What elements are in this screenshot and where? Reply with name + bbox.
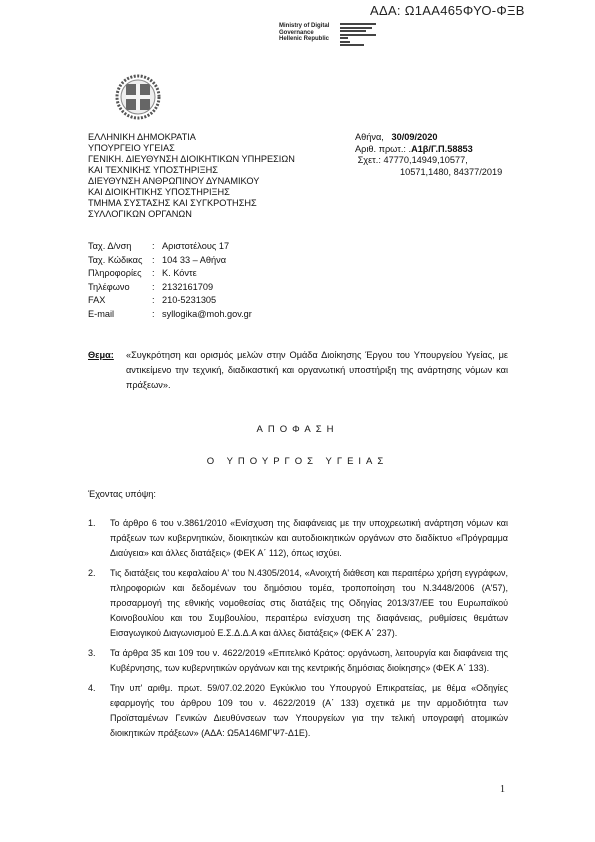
contact-label: Πληροφορίες [88, 267, 152, 281]
contact-sep: : [152, 281, 162, 295]
contact-row: FAX:210-5231305 [88, 294, 252, 308]
place-label: Αθήνα, [355, 132, 384, 142]
contact-value: 104 33 – Αθήνα [162, 254, 226, 268]
authority-line: ΤΜΗΜΑ ΣΥΣΤΑΣΗΣ ΚΑΙ ΣΥΓΚΡΟΤΗΣΗΣ [88, 198, 295, 209]
protocol-row: Αριθ. πρωτ.: .Α1β/Γ.Π.58853 [355, 144, 502, 156]
subject-label: Θεμα: [88, 348, 126, 393]
contact-sep: : [152, 240, 162, 254]
item-text: Τις διατάξεις του κεφαλαίου Α' του Ν.430… [110, 566, 508, 641]
contact-value: Αριστοτέλους 17 [162, 240, 229, 254]
contact-sep: : [152, 267, 162, 281]
contact-label: FAX [88, 294, 152, 308]
related-row: Σχετ.: 47770,14949,10577, [355, 155, 502, 167]
protocol-label: Αριθ. πρωτ.: . [355, 144, 411, 154]
contact-label: Ταχ. Κώδικας [88, 254, 152, 268]
item-text: Τα άρθρα 35 και 109 του ν. 4622/2019 «Επ… [110, 646, 508, 676]
authority-line: ΣΥΛΛΟΓΙΚΩΝ ΟΡΓΑΝΩΝ [88, 209, 295, 220]
decision-title: ΑΠΟΦΑΣΗ [0, 424, 595, 435]
contact-label: E-mail [88, 308, 152, 322]
minister-title: Ο ΥΠΟΥΡΓΟΣ ΥΓΕΙΑΣ [0, 456, 595, 467]
authority-line: ΕΛΛΗΝΙΚΗ ΔΗΜΟΚΡΑΤΙΑ [88, 132, 295, 143]
authority-line: ΔΙΕΥΘΥΝΣΗ ΑΝΘΡΩΠΙΝΟΥ ΔΥΝΑΜΙΚΟΥ [88, 176, 295, 187]
item-number: 1. [88, 516, 110, 561]
related-label: Σχετ.: [358, 155, 381, 165]
contact-sep: : [152, 254, 162, 268]
authority-line: ΚΑΙ ΔΙΟΙΚΗΤΙΚΗΣ ΥΠΟΣΤΗΡΙΞΗΣ [88, 187, 295, 198]
item-number: 4. [88, 681, 110, 741]
signature-line: Ministry of Digital [279, 23, 329, 30]
digital-signature-block: Ministry of Digital Governance Hellenic … [279, 23, 329, 43]
list-item: 1.Το άρθρο 6 του ν.3861/2010 «Ενίσχυση τ… [88, 516, 508, 561]
related-refs: 10571,1480, 84377/2019 [400, 167, 502, 177]
list-item: 3.Τα άρθρα 35 και 109 του ν. 4622/2019 «… [88, 646, 508, 676]
list-item: 4.Την υπ' αριθμ. πρωτ. 59/07.02.2020 Εγκ… [88, 681, 508, 741]
item-number: 2. [88, 566, 110, 641]
contact-row: Τηλέφωνο:2132161709 [88, 281, 252, 295]
date-row: Αθήνα, 30/09/2020 [355, 132, 502, 144]
contact-value: Κ. Κόντε [162, 267, 197, 281]
issuing-authority: ΕΛΛΗΝΙΚΗ ΔΗΜΟΚΡΑΤΙΑ ΥΠΟΥΡΓΕΙΟ ΥΓΕΙΑΣ ΓΕΝ… [88, 132, 295, 220]
contact-info: Ταχ. Δ/νση:Αριστοτέλους 17 Ταχ. Κώδικας:… [88, 240, 252, 321]
item-number: 3. [88, 646, 110, 676]
contact-row: E-mail:syllogika@moh.gov.gr [88, 308, 252, 322]
considerations-list: 1.Το άρθρο 6 του ν.3861/2010 «Ενίσχυση τ… [88, 516, 508, 746]
document-date: 30/09/2020 [391, 132, 437, 142]
related-row-2: 10571,1480, 84377/2019 [355, 167, 502, 179]
contact-label: Ταχ. Δ/νση [88, 240, 152, 254]
signature-details [340, 23, 380, 46]
email-link[interactable]: syllogika@moh.gov.gr [162, 308, 252, 322]
subject-text: «Συγκρότηση και ορισμός μελών στην Ομάδα… [126, 348, 508, 393]
item-text: Την υπ' αριθμ. πρωτ. 59/07.02.2020 Εγκύκ… [110, 681, 508, 741]
contact-value: 210-5231305 [162, 294, 216, 308]
protocol-number: Α1β/Γ.Π.58853 [411, 144, 473, 154]
contact-value: 2132161709 [162, 281, 213, 295]
intro-text: Έχοντας υπόψη: [88, 489, 156, 499]
contact-row: Ταχ. Δ/νση:Αριστοτέλους 17 [88, 240, 252, 254]
authority-line: ΥΠΟΥΡΓΕΙΟ ΥΓΕΙΑΣ [88, 143, 295, 154]
page-number: 1 [500, 784, 505, 795]
related-refs: 47770,14949,10577, [383, 155, 467, 165]
signature-line: Hellenic Republic [279, 36, 329, 43]
contact-row: Πληροφορίες:Κ. Κόντε [88, 267, 252, 281]
item-text: Το άρθρο 6 του ν.3861/2010 «Ενίσχυση της… [110, 516, 508, 561]
list-item: 2.Τις διατάξεις του κεφαλαίου Α' του Ν.4… [88, 566, 508, 641]
greek-coat-of-arms-icon [115, 74, 161, 120]
contact-label: Τηλέφωνο [88, 281, 152, 295]
authority-line: ΚΑΙ ΤΕΧΝΙΚΗΣ ΥΠΟΣΤΗΡΙΞΗΣ [88, 165, 295, 176]
contact-sep: : [152, 308, 162, 322]
document-meta: Αθήνα, 30/09/2020 Αριθ. πρωτ.: .Α1β/Γ.Π.… [355, 132, 502, 178]
ada-watermark: ΑΔΑ: Ω1ΑΑ465ΦΥΟ-ΦΞΒ [370, 3, 525, 18]
contact-sep: : [152, 294, 162, 308]
authority-line: ΓΕΝΙΚΗ. ΔΙΕΥΘΥΝΣΗ ΔΙΟΙΚΗΤΙΚΩΝ ΥΠΗΡΕΣΙΩΝ [88, 154, 295, 165]
subject-block: Θεμα: «Συγκρότηση και ορισμός μελών στην… [88, 348, 508, 393]
contact-row: Ταχ. Κώδικας:104 33 – Αθήνα [88, 254, 252, 268]
